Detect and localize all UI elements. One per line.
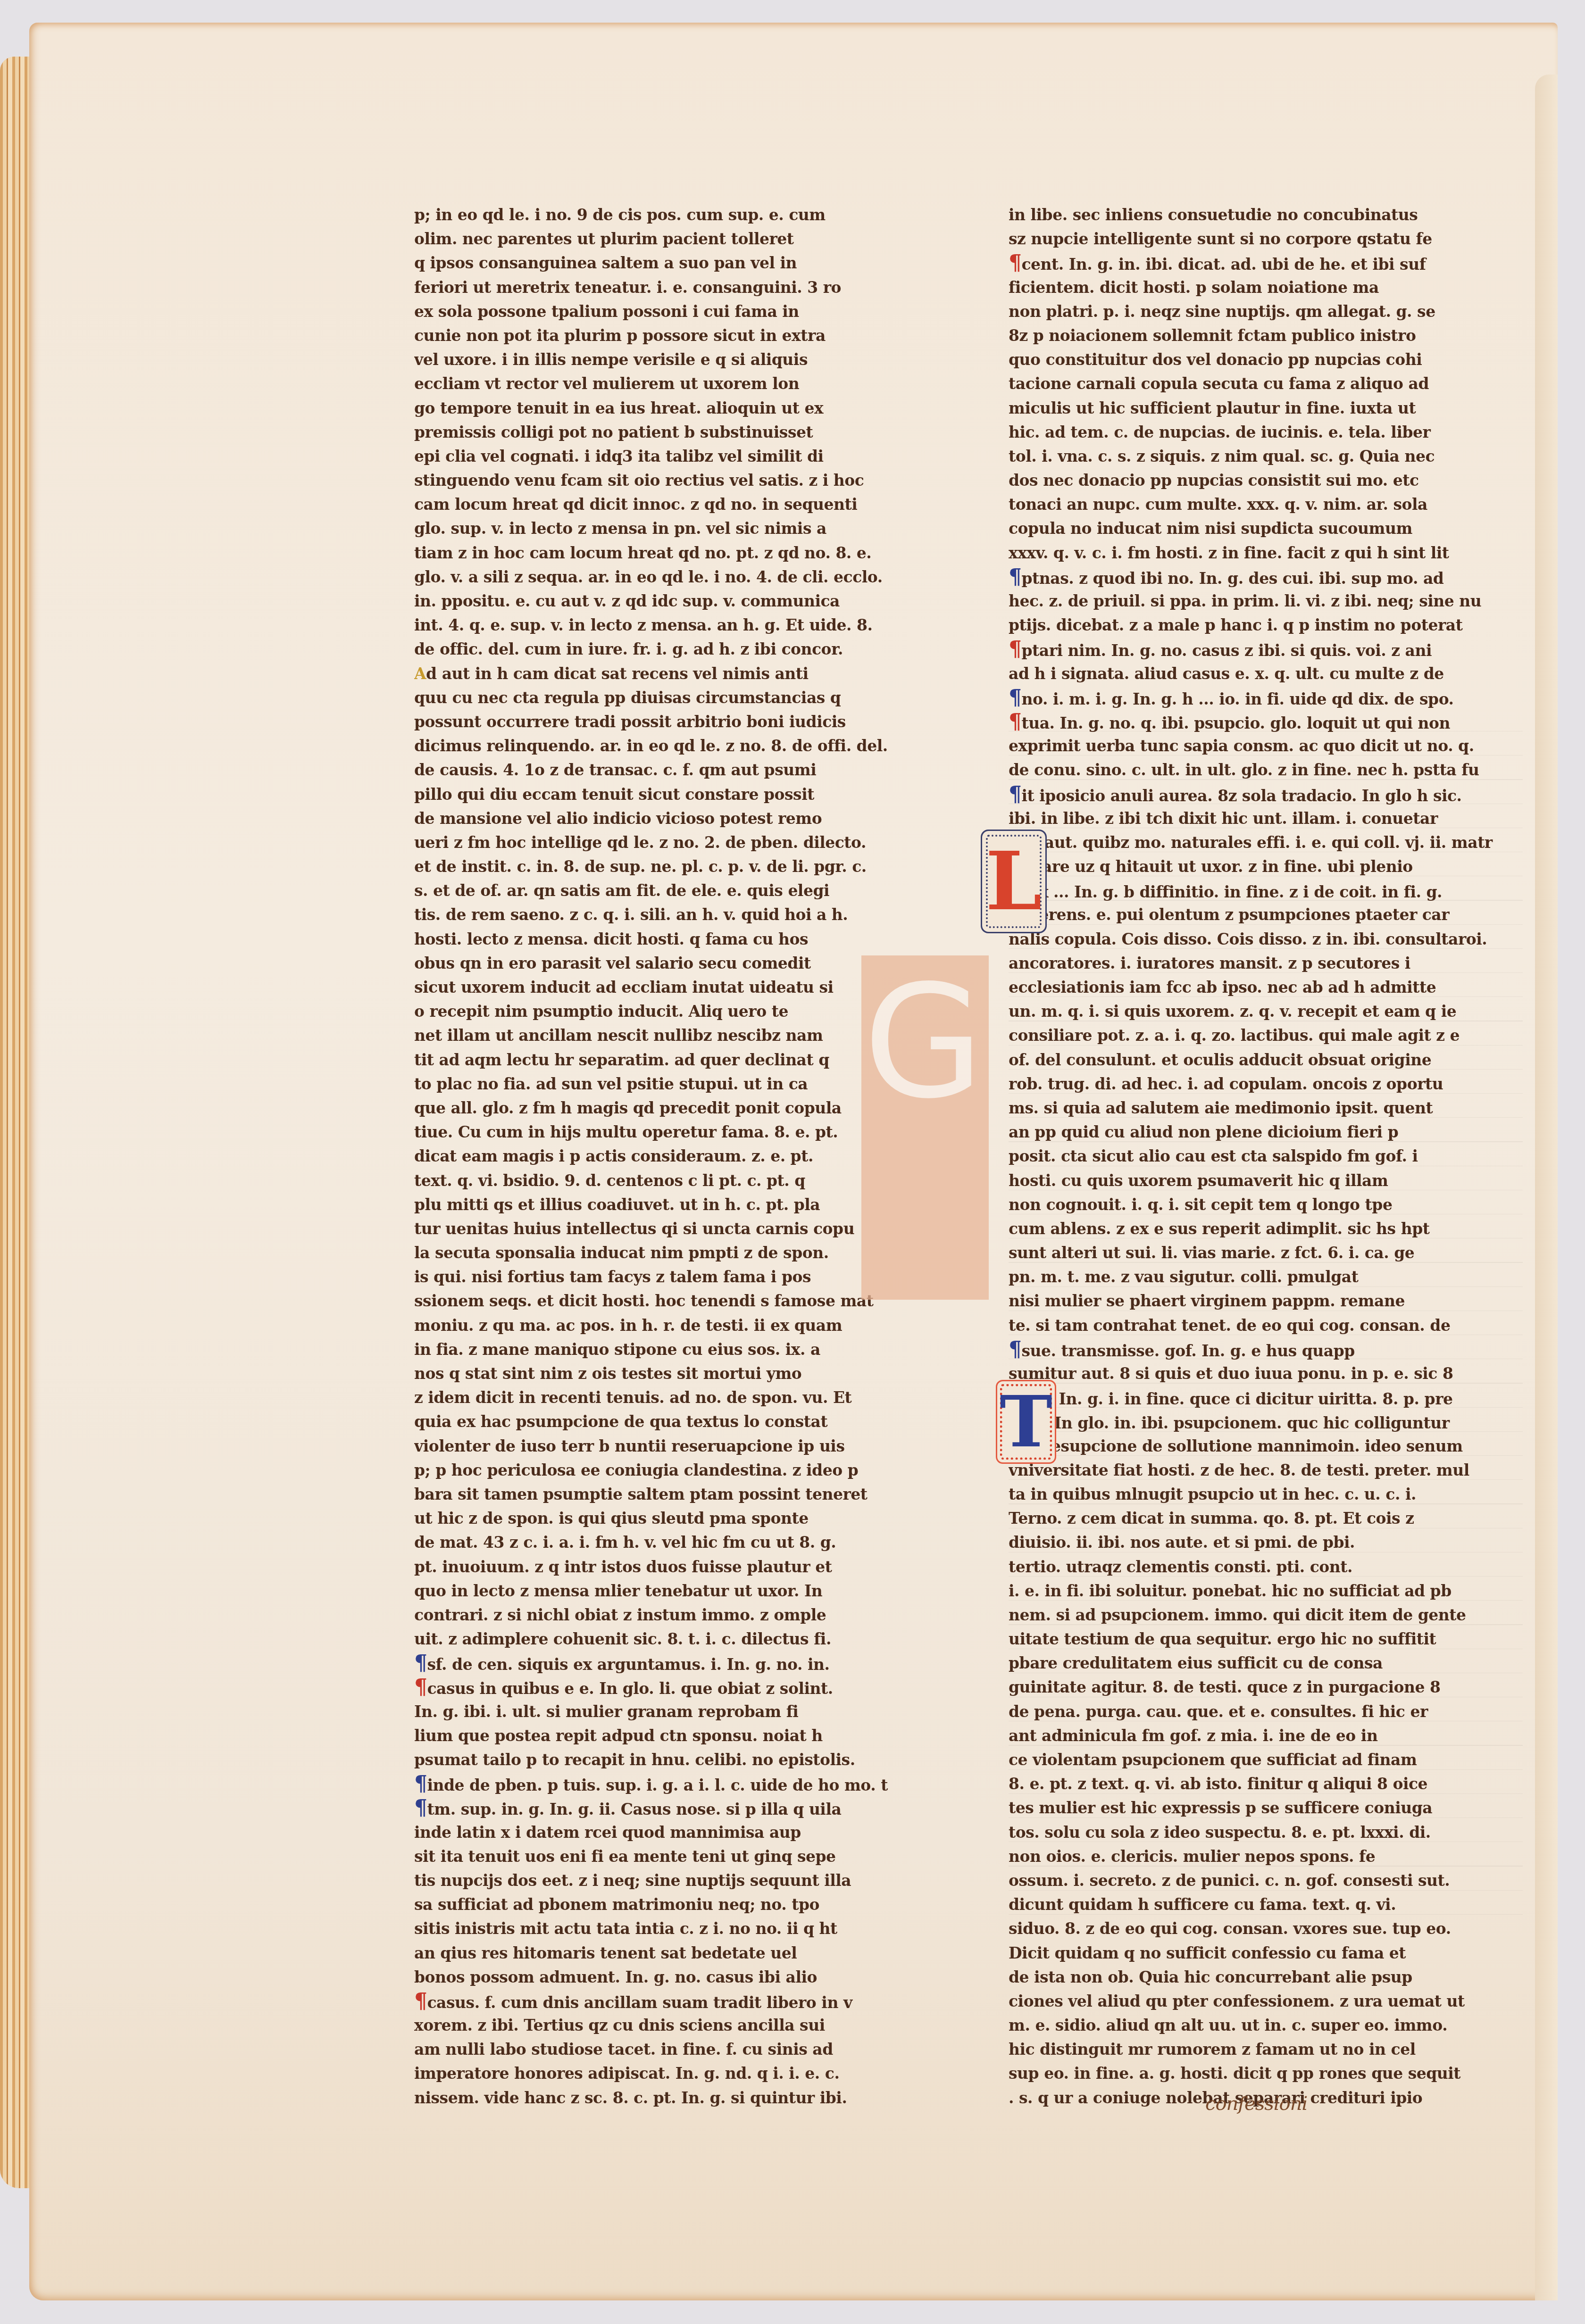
text-line: quu cu nec cta regula pp diuisas circums… <box>414 686 905 710</box>
text-line: diuisio. ii. ibi. nos aute. et si pmi. d… <box>1009 1530 1518 1554</box>
text-line: dos nec donacio pp nupcias consistit sui… <box>1009 468 1518 492</box>
text-line: tes mulier est hic expressis p se suffic… <box>1009 1796 1518 1820</box>
text-line: nem. si ad psupcionem. immo. qui dicit i… <box>1009 1603 1518 1627</box>
text-line: tiam z in hoc cam locum hreat qd no. pt.… <box>414 541 905 565</box>
text-line: sit ita tenuit uos eni fi ea mente teni … <box>414 1844 905 1868</box>
text-line: hic distinguit mr rumorem z famam ut no … <box>1009 2037 1518 2061</box>
text-line: in. ppositu. e. cu aut v. z qd idc sup. … <box>414 589 905 613</box>
text-line: pt. inuoiuum. z q intr istos duos fuisse… <box>414 1555 905 1579</box>
paragraph-mark-icon: ¶ <box>414 1675 427 1699</box>
facing-leaf-edge <box>1535 75 1558 2300</box>
text-line: pillo qui diu eccam tenuit sicut constar… <box>414 782 905 806</box>
text-line: ¶sue. transmisse. gof. In. g. e hus quap… <box>1009 1337 1518 1361</box>
text-line: plu mitti qs et illius coadiuvet. ut in … <box>414 1193 905 1217</box>
text-line: violenter de iuso terr b nuntii reseruap… <box>414 1434 905 1458</box>
text-line: Litterens. e. pui olentum z psumpciones … <box>1009 903 1518 927</box>
text-line: contrari. z si nichl obiat z instum immo… <box>414 1603 905 1627</box>
text-line: un. m. q. i. si quis uxorem. z. q. v. re… <box>1009 999 1518 1023</box>
text-line: hosti. lecto z mensa. dicit hosti. q fam… <box>414 927 905 951</box>
text-line: ¶qm. In. g. i. in fine. quce ci dicitur … <box>1009 1386 1518 1410</box>
text-line: la secuta sponsalia inducat nim pmpti z … <box>414 1241 905 1265</box>
text-line: tol. i. vna. c. s. z siquis. z nim qual.… <box>1009 444 1518 468</box>
paragraph-mark-icon: ¶ <box>1009 686 1022 710</box>
text-line: glo. v. a sili z sequa. ar. in eo qd le.… <box>414 565 905 589</box>
text-line: moniu. z qu ma. ac pos. in h. r. de test… <box>414 1313 905 1337</box>
text-line: non platri. p. i. neqz sine nuptijs. qm … <box>1009 299 1518 324</box>
text-line: tertio. utraqz clementis consti. pti. co… <box>1009 1555 1518 1579</box>
text-line: net illam ut ancillam nescit nullibz nes… <box>414 1023 905 1047</box>
text-line: exprimit uerba tunc sapia consm. ac quo … <box>1009 734 1518 758</box>
paragraph-mark-icon: ¶ <box>1009 251 1022 275</box>
text-line: siduo. 8. z de eo qui cog. consan. vxore… <box>1009 1917 1518 1941</box>
text-line: ¶ptnas. z quod ibi no. In. g. des cui. i… <box>1009 565 1518 589</box>
text-line: dicat eam magis i p actis consideraum. z… <box>414 1144 905 1168</box>
text-line: quia ex hac psumpcione de qua textus lo … <box>414 1410 905 1434</box>
text-line: de offic. del. cum in iure. fr. i. g. ad… <box>414 637 905 661</box>
text-line: ex sola possone tpalium possoni i cui fa… <box>414 299 905 324</box>
text-line: ta in quibus mlnugit psupcio ut in hec. … <box>1009 1482 1518 1506</box>
paragraph-mark-icon: ¶ <box>414 1772 427 1796</box>
initial-letter: T <box>1000 1380 1052 1463</box>
text-line: Dicit quidam q no sufficit confessio cu … <box>1009 1941 1518 1965</box>
text-line: vniversitate fiat hosti. z de hec. 8. de… <box>1009 1458 1518 1482</box>
text-line: bara sit tamen psumptie saltem ptam poss… <box>414 1482 905 1506</box>
text-line: tit ad aqm lectu hr separatim. ad quer d… <box>414 1048 905 1072</box>
text-line: xorem. z ibi. Tertius qz cu dnis sciens … <box>414 2013 905 2037</box>
text-line: olim. nec parentes ut plurim pacient tol… <box>414 227 905 251</box>
text-line: cum ablens. z ex e sus reperit adimplit.… <box>1009 1217 1518 1241</box>
text-line: pn. m. t. me. z vau sigutur. colli. pmul… <box>1009 1265 1518 1289</box>
text-line: non cognouit. i. q. i. sit cepit tem q l… <box>1009 1193 1518 1217</box>
paragraph-mark-icon: ¶ <box>414 1796 427 1820</box>
text-line: quo in lecto z mensa mlier tenebatur ut … <box>414 1579 905 1603</box>
text-line: dicunt quidam h sufficere cu fama. text.… <box>1009 1892 1518 1917</box>
text-line: in fia. z mane maniquo stipone cu eius s… <box>414 1337 905 1361</box>
text-line: ce violentam psupcionem que sufficiat ad… <box>1009 1748 1518 1772</box>
text-line: pbare credulitatem eius sufficit cu de c… <box>1009 1651 1518 1675</box>
text-line: ad h i signata. aliud casus e. x. q. ult… <box>1009 662 1518 686</box>
text-line: nissem. vide hanc z sc. 8. c. pt. In. g.… <box>414 2086 905 2110</box>
text-line: i. e. in fi. ibi soluitur. ponebat. hic … <box>1009 1579 1518 1603</box>
text-line: z idem dicit in recenti tenuis. ad no. d… <box>414 1386 905 1410</box>
text-line: ms. si quia ad salutem aie medimonio ips… <box>1009 1096 1518 1120</box>
text-line: ¶ptari nim. In. g. no. casus z ibi. si q… <box>1009 637 1518 661</box>
text-line: tacione carnali copula secuta cu fama z … <box>1009 372 1518 396</box>
text-line: sup eo. in fine. a. g. hosti. dicit q pp… <box>1009 2061 1518 2085</box>
text-line: tonaci an nupc. cum multe. xxx. q. v. ni… <box>1009 492 1518 516</box>
text-line: sitis inistris mit actu tata intia c. z … <box>414 1917 905 1941</box>
text-line: epi clia vel cognati. i idq3 ita talibz … <box>414 444 905 468</box>
text-line: ossum. i. secreto. z de punici. c. n. go… <box>1009 1868 1518 1892</box>
text-line: sunt alteri ut sui. li. vias marie. z fc… <box>1009 1241 1518 1265</box>
paragraph-mark-icon: ¶ <box>1009 1337 1022 1361</box>
decorated-initial-T: T <box>1000 1384 1052 1460</box>
text-line: o recepit nim psumptio inducit. Aliq uer… <box>414 999 905 1023</box>
text-line: de conu. sino. c. ult. in ult. glo. z in… <box>1009 758 1518 782</box>
text-line: ssionem seqs. et dicit hosti. hoc tenend… <box>414 1289 905 1313</box>
text-line: of. del consulunt. et oculis adducit obs… <box>1009 1048 1518 1072</box>
text-line: Terno. z cem dicat in summa. qo. 8. pt. … <box>1009 1506 1518 1530</box>
text-line: ¶cent. In. g. in. ibi. dicat. ad. ubi de… <box>1009 251 1518 275</box>
text-line: q ipsos consanguinea saltem a suo pan ve… <box>414 251 905 275</box>
paragraph-mark-icon: ¶ <box>1009 637 1022 661</box>
text-line: Ad aut in h cam dicat sat recens vel nim… <box>414 662 905 686</box>
text-line: et de instit. c. in. 8. de sup. ne. pl. … <box>414 855 905 879</box>
text-line: ciones vel aliud qu pter confessionem. z… <box>1009 1989 1518 2013</box>
text-line: ¶no. i. m. i. g. In. g. h ... io. in fi.… <box>1009 686 1518 710</box>
text-line: text. q. vi. bsidio. 9. d. centenos c li… <box>414 1169 905 1193</box>
text-line: que all. glo. z fm h magis qd precedit p… <box>414 1096 905 1120</box>
text-line: am nulli labo studiose tacet. in fine. f… <box>414 2037 905 2061</box>
paragraph-mark-icon: ¶ <box>414 1651 427 1675</box>
text-line: p; in eo qd le. i no. 9 de cis pos. cum … <box>414 203 905 227</box>
text-line: ant adminicula fm gof. z mia. i. ine de … <box>1009 1724 1518 1748</box>
text-line: consiliare pot. z. a. i. q. zo. lactibus… <box>1009 1023 1518 1047</box>
text-line: tis. de rem saeno. z c. q. i. sili. an h… <box>414 903 905 927</box>
text-line: p; p hoc periculosa ee coniugia clandest… <box>414 1458 905 1482</box>
text-line: tiue. Cu cum in hijs multu operetur fama… <box>414 1120 905 1144</box>
text-line: cunie non pot ita plurim p possore sicut… <box>414 324 905 348</box>
text-line: xxxv. q. v. c. i. fm hosti. z in fine. f… <box>1009 541 1518 565</box>
initial-letter: L <box>985 834 1042 929</box>
text-line: uitate testium de qua sequitur. ergo hic… <box>1009 1627 1518 1651</box>
text-line: int. 4. q. e. sup. v. in lecto z mensa. … <box>414 613 905 637</box>
text-line: lium que postea repit adpud ctn sponsu. … <box>414 1724 905 1748</box>
text-line: miculis ut hic sufficient plautur in fin… <box>1009 396 1518 420</box>
text-line: te. si tam contrahat tenet. de eo qui co… <box>1009 1313 1518 1337</box>
paragraph-mark-icon: ¶ <box>1009 565 1022 589</box>
text-line: hic. ad tem. c. de nupcias. de iucinis. … <box>1009 420 1518 444</box>
text-line: ptijs. dicebat. z a male p hanc i. q p i… <box>1009 613 1518 637</box>
text-line: stinguendo venu fcam sit oio rectius vel… <box>414 468 905 492</box>
paragraph-mark-icon: ¶ <box>414 1989 427 2013</box>
text-line: non oios. e. clericis. mulier nepos spon… <box>1009 1844 1518 1868</box>
text-line: 8z p noiacionem sollemnit fctam publico … <box>1009 324 1518 348</box>
text-column-left: p; in eo qd le. i no. 9 de cis pos. cum … <box>414 203 905 2110</box>
text-line: de ista non ob. Quia hic concurrebant al… <box>1009 1965 1518 1989</box>
text-line: nisi mulier se phaert virginem pappm. re… <box>1009 1289 1518 1313</box>
text-line: tis nupcijs dos eet. z i neq; sine nupti… <box>414 1868 905 1892</box>
text-column-right: in libe. sec inliens consuetudie no conc… <box>1009 203 1518 2110</box>
paragraph-mark-icon: ¶ <box>1009 710 1022 734</box>
text-line: vel uxore. i in illis nempe verisile e q… <box>414 348 905 372</box>
text-line: psumat tailo p to recapit in hnu. celibi… <box>414 1748 905 1772</box>
text-line: ¶inde de pben. p tuis. sup. i. g. a i. l… <box>414 1772 905 1796</box>
text-line: possunt occurrere tradi possit arbitrio … <box>414 710 905 734</box>
text-line: z in aut. quibz mo. naturales effi. i. e… <box>1009 830 1518 855</box>
text-line: tur uenitas huius intellectus qi si unct… <box>414 1217 905 1241</box>
text-line: rob. trug. di. ad hec. i. ad copulam. on… <box>1009 1072 1518 1096</box>
text-line: ueri z fm hoc intellige qd le. z no. 2. … <box>414 830 905 855</box>
text-line: 8. e. pt. z text. q. vi. ab isto. finitu… <box>1009 1772 1518 1796</box>
text-line: de pena. purga. cau. que. et e. consulte… <box>1009 1700 1518 1724</box>
text-line: cam locum hreat qd dicit innoc. z qd no.… <box>414 492 905 516</box>
text-line: imperatore honores adipiscat. In. g. nd.… <box>414 2061 905 2085</box>
text-line: tos. solu cu sola z ideo suspectu. 8. e.… <box>1009 1820 1518 1844</box>
text-line: ¶tua. In. g. no. q. ibi. psupcio. glo. l… <box>1009 710 1518 734</box>
text-line: ¶casus. f. cum dnis ancillam suam tradit… <box>414 1989 905 2013</box>
text-line: quo constituitur dos vel donacio pp nupc… <box>1009 348 1518 372</box>
text-line: s. et de of. ar. qn satis am fit. de ele… <box>414 879 905 903</box>
text-line: ¶it iposicio anuli aurea. 8z sola tradac… <box>1009 782 1518 806</box>
text-line: hec. z. de priuil. si ppa. in prim. li. … <box>1009 589 1518 613</box>
text-line: obus qn in ero parasit vel salario secu … <box>414 951 905 975</box>
text-line: hosti. cu quis uxorem psumaverit hic q i… <box>1009 1169 1518 1193</box>
text-line: In. g. ibi. i. ult. si mulier granam rep… <box>414 1700 905 1724</box>
text-line: go tempore tenuit in ea ius hreat. alioq… <box>414 396 905 420</box>
text-line: ecclesiationis iam fcc ab ipso. nec ab a… <box>1009 975 1518 999</box>
watermark-g-icon: G <box>863 964 984 1120</box>
text-line: ¶rex ... In. g. b diffinitio. in fine. z… <box>1009 879 1518 903</box>
text-line: inde latin x i datem rcei quod mannimisa… <box>414 1820 905 1844</box>
text-line: an pp quid cu aliud non plene dicioium f… <box>1009 1120 1518 1144</box>
text-line: posit. cta sicut alio cau est cta salspi… <box>1009 1144 1518 1168</box>
text-line: eccliam vt rector vel mulierem ut uxorem… <box>414 372 905 396</box>
text-line: glo. sup. v. in lecto z mensa in pn. vel… <box>414 516 905 540</box>
text-line: dicimus relinquendo. ar. in eo qd le. z … <box>414 734 905 758</box>
text-line: ancoratores. i. iuratores mansit. z p se… <box>1009 951 1518 975</box>
catchword: confessioni <box>1205 2093 1307 2115</box>
text-line: sicut uxorem inducit ad eccliam inutat u… <box>414 975 905 999</box>
text-line: in libe. sec inliens consuetudie no conc… <box>1009 203 1518 227</box>
text-line: m. e. sidio. aliud qn alt uu. ut in. c. … <box>1009 2013 1518 2037</box>
paragraph-mark-icon: ¶ <box>1009 782 1022 806</box>
text-line: sumitur aut. 8 si quis et duo iuua ponu.… <box>1009 1361 1518 1386</box>
text-line: is qui. nisi fortius tam facys z talem f… <box>414 1265 905 1289</box>
text-line: ¶casus in quibus e e. In glo. li. que ob… <box>414 1675 905 1699</box>
decorated-initial-L: L <box>986 835 1042 928</box>
text-line: ut hic z de spon. is qui qius sleutd pma… <box>414 1506 905 1530</box>
text-line: uit. z adimplere cohuenit sic. 8. t. i. … <box>414 1627 905 1651</box>
text-line: copula no inducat nim nisi supdicta suco… <box>1009 516 1518 540</box>
text-line: sz nupcie intelligente sunt si no corpor… <box>1009 227 1518 251</box>
text-line: ¶sf. de cen. siquis ex arguntamus. i. In… <box>414 1651 905 1675</box>
text-line: ex presupcione de sollutione mannimoin. … <box>1009 1434 1518 1458</box>
text-line: de mansione vel alio indicio vicioso pot… <box>414 806 905 830</box>
text-line: bonos possom admuent. In. g. no. casus i… <box>414 1965 905 1989</box>
text-line: ¶tie. In glo. in. ibi. psupcionem. quc h… <box>1009 1410 1518 1434</box>
text-line: guinitate agitur. 8. de testi. quce z in… <box>1009 1675 1518 1699</box>
text-line: de mat. 43 z c. i. a. i. fm h. v. vel hi… <box>414 1530 905 1554</box>
text-line: sa sufficiat ad pbonem matrimoniu neq; n… <box>414 1892 905 1917</box>
text-line: nalis copula. Cois disso. Cois disso. z … <box>1009 927 1518 951</box>
text-line: ibi. in libe. z ibi tch dixit hic unt. i… <box>1009 806 1518 830</box>
text-line: ¶tm. sup. in. g. In. g. ii. Casus nose. … <box>414 1796 905 1820</box>
text-line: ficientem. dicit hosti. p solam noiation… <box>1009 275 1518 299</box>
text-line: nos q stat sint nim z ois testes sit mor… <box>414 1361 905 1386</box>
text-line: q ptare uz q hitauit ut uxor. z in fine.… <box>1009 855 1518 879</box>
text-line: premissis colligi pot no patient b subst… <box>414 420 905 444</box>
text-line: de causis. 4. 1o z de transac. c. f. qm … <box>414 758 905 782</box>
text-line: to plac no fia. ad sun vel psitie stupui… <box>414 1072 905 1096</box>
text-line: feriori ut meretrix teneatur. i. e. cons… <box>414 275 905 299</box>
text-line: an qius res hitomaris tenent sat bedetat… <box>414 1941 905 1965</box>
touched-initial: A <box>414 664 426 683</box>
